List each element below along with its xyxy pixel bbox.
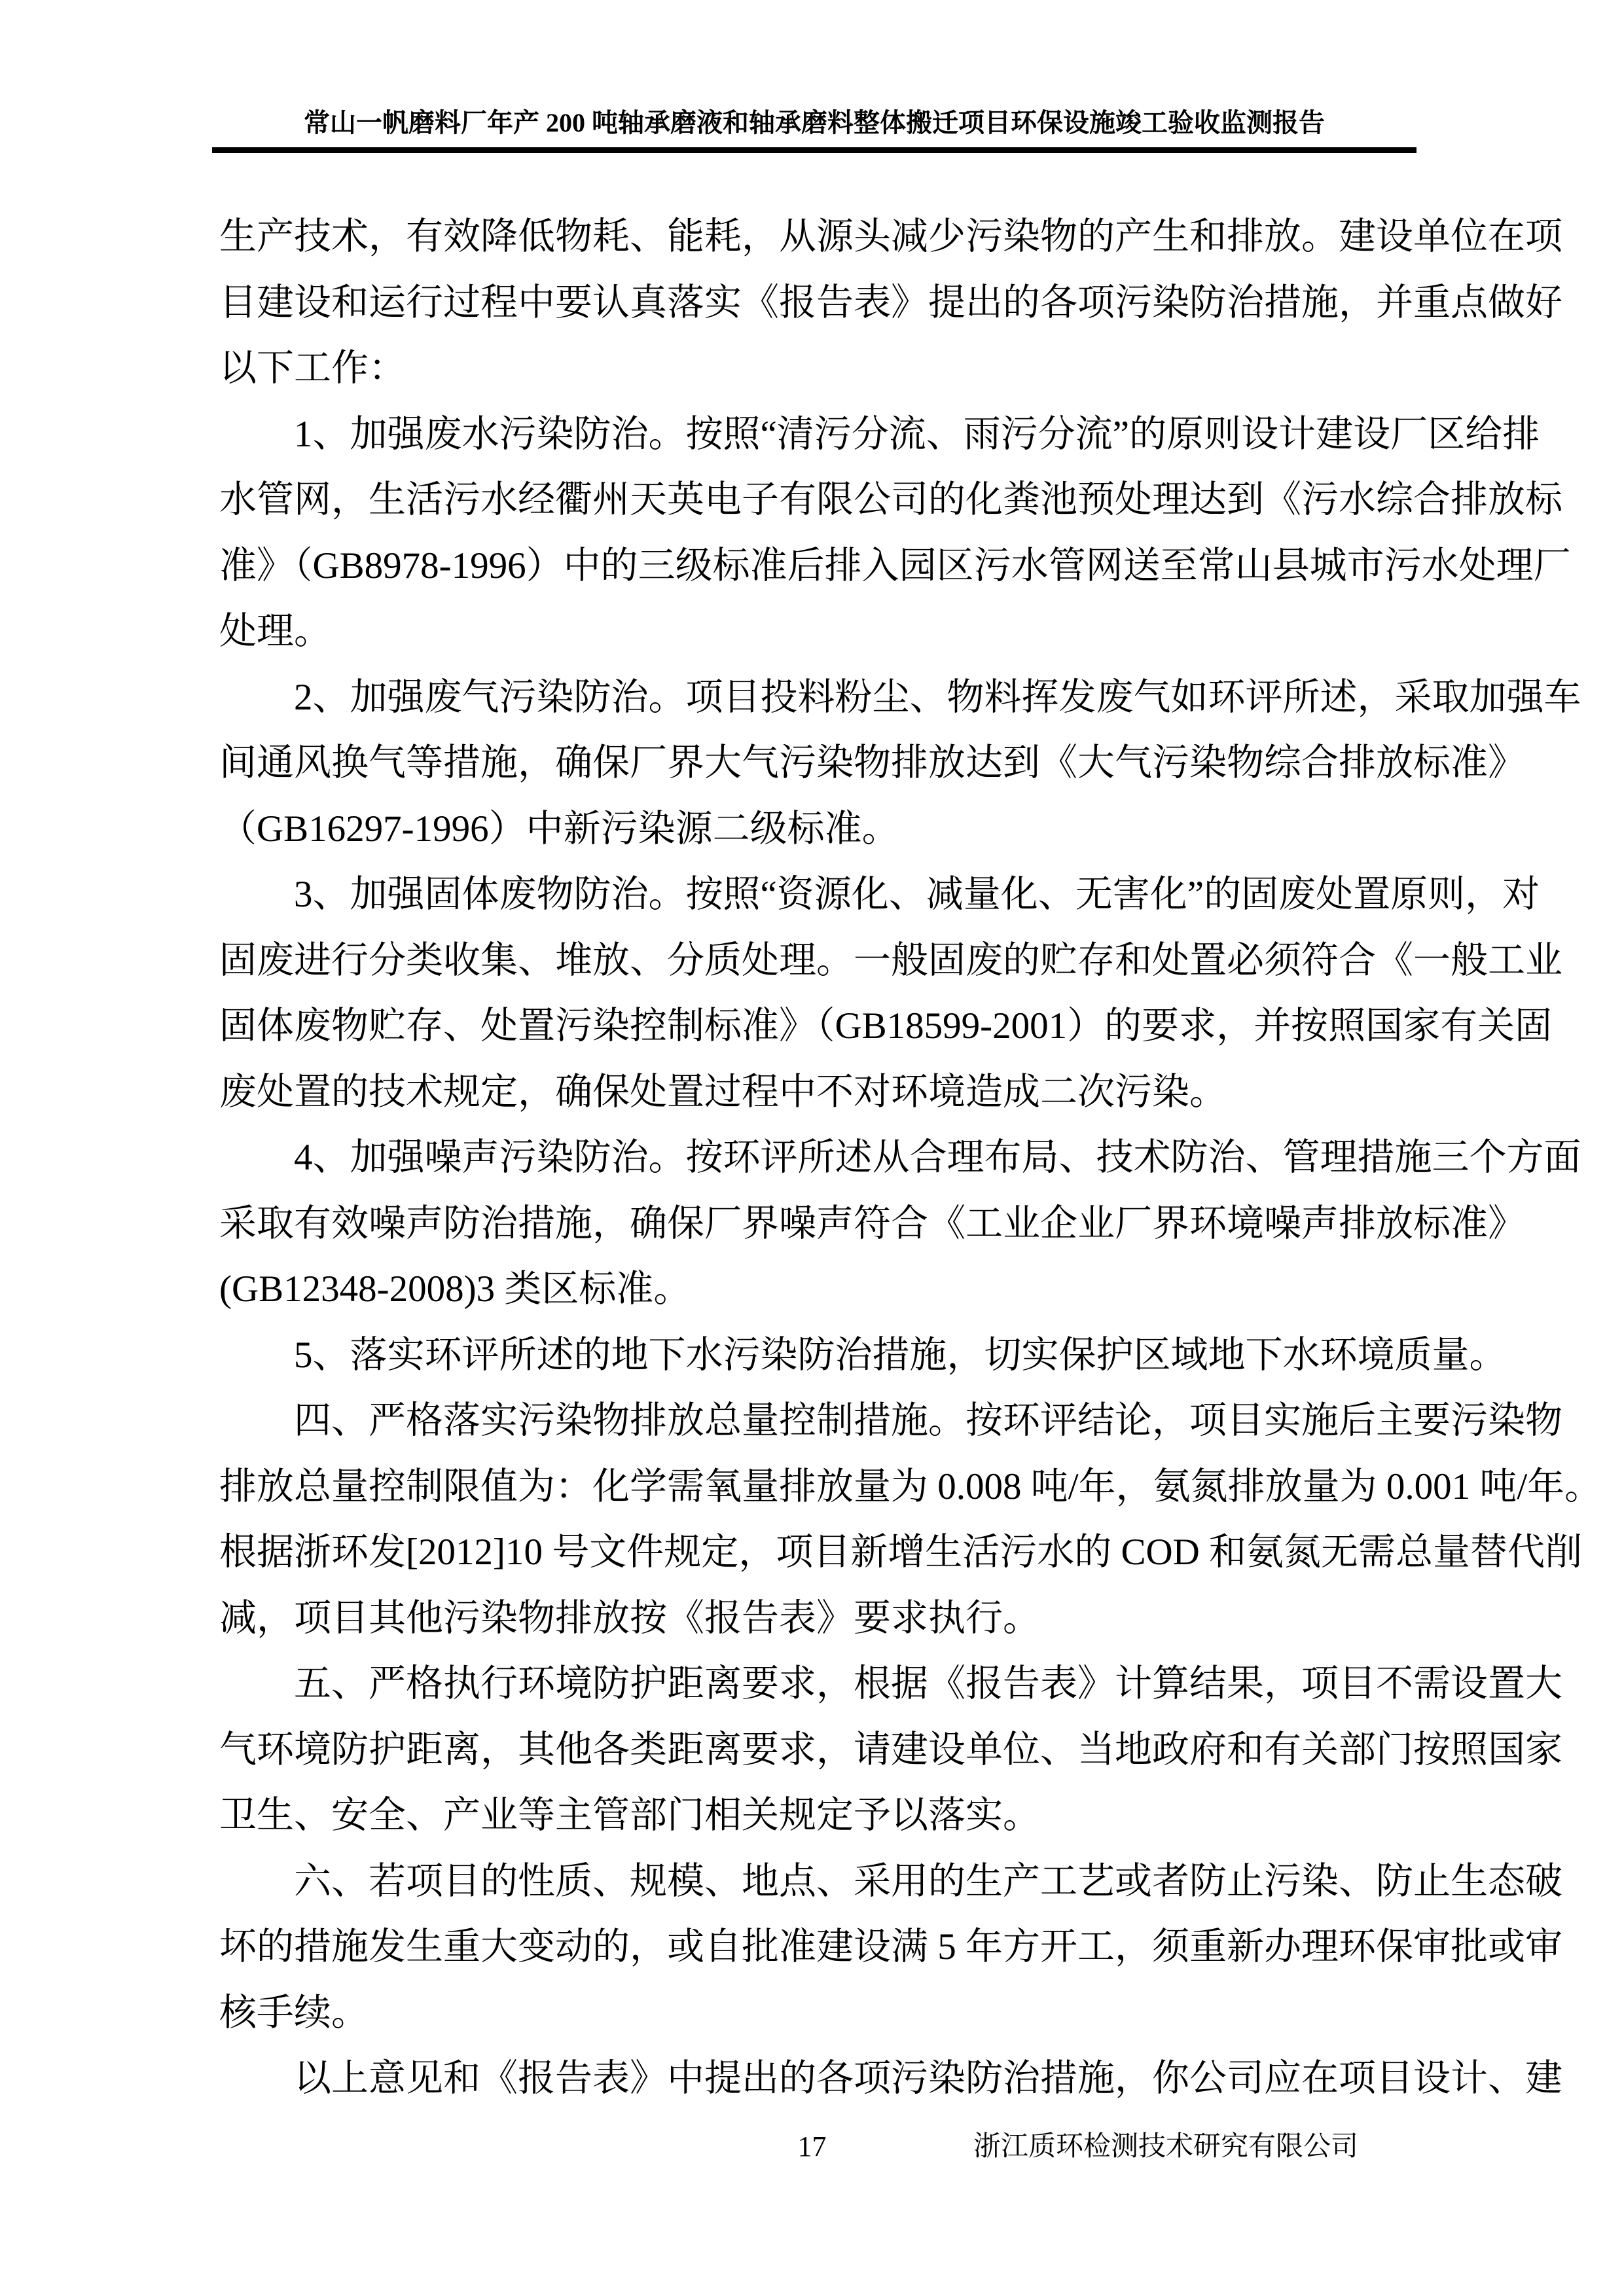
body-line: 以上意见和《报告表》中提出的各项污染防治措施，你公司应在项目设计、建 [219, 2046, 1417, 2112]
body-line: 2、加强废气污染防治。项目投料粉尘、物料挥发废气如环评所述，采取加强车 [219, 665, 1417, 731]
body-line: (GB12348-2008)3 类区标准。 [219, 1257, 1417, 1323]
body-line: 核手续。 [219, 1981, 1417, 2047]
footer-company: 浙江质环检测技术研究有限公司 [973, 2128, 1358, 2165]
body-line: 废处置的技术规定，确保处置过程中不对环境造成二次污染。 [219, 1060, 1417, 1126]
body-line: 4、加强噪声污染防治。按环评所述从合理布局、技术防治、管理措施三个方面 [219, 1125, 1417, 1191]
body-line: 5、落实环评所述的地下水污染防治措施，切实保护区域地下水环境质量。 [219, 1323, 1417, 1389]
body-line: 气环境防护距离，其他各类距离要求，请建设单位、当地政府和有关部门按照国家 [219, 1717, 1417, 1784]
body-line: 四、严格落实污染物排放总量控制措施。按环评结论，项目实施后主要污染物 [219, 1388, 1417, 1454]
body-line: 固体废物贮存、处置污染控制标准》（GB18599-2001）的要求，并按照国家有… [219, 994, 1417, 1060]
body-line: （GB16297-1996）中新污染源二级标准。 [219, 797, 1417, 863]
body-line: 六、若项目的性质、规模、地点、采用的生产工艺或者防止污染、防止生态破 [219, 1849, 1417, 1915]
page-number: 17 [0, 2128, 1624, 2165]
body-line: 3、加强固体废物防治。按照“资源化、减量化、无害化”的固废处置原则，对 [219, 862, 1417, 928]
document-page: 常山一帆磨料厂年产 200 吨轴承磨液和轴承磨料整体搬迁项目环保设施竣工验收监测… [0, 0, 1624, 2296]
header-rule [212, 147, 1416, 153]
body-line: 间通风换气等措施，确保厂界大气污染物排放达到《大气污染物综合排放标准》 [219, 730, 1417, 797]
body-line: 以下工作： [219, 336, 1417, 402]
body-line: 处理。 [219, 599, 1417, 665]
body-line: 固废进行分类收集、堆放、分质处理。一般固废的贮存和处置必须符合《一般工业 [219, 928, 1417, 994]
body-line: 采取有效噪声防治措施，确保厂界噪声符合《工业企业厂界环境噪声排放标准》 [219, 1191, 1417, 1257]
document-body: 生产技术，有效降低物耗、能耗，从源头减少污染物的产生和排放。建设单位在项 目建设… [219, 204, 1417, 2112]
body-line: 1、加强废水污染防治。按照“清污分流、雨污分流”的原则设计建设厂区给排 [219, 402, 1417, 468]
body-line: 水管网，生活污水经衢州天英电子有限公司的化粪池预处理达到《污水综合排放标 [219, 467, 1417, 533]
body-line: 生产技术，有效降低物耗、能耗，从源头减少污染物的产生和排放。建设单位在项 [219, 204, 1417, 270]
body-line: 卫生、安全、产业等主管部门相关规定予以落实。 [219, 1783, 1417, 1849]
body-line: 排放总量控制限值为：化学需氧量排放量为 0.008 吨/年，氨氮排放量为 0.0… [219, 1454, 1417, 1520]
body-line: 根据浙环发[2012]10 号文件规定，项目新增生活污水的 COD 和氨氮无需总… [219, 1520, 1417, 1586]
body-line: 减，项目其他污染物排放按《报告表》要求执行。 [219, 1586, 1417, 1652]
body-line: 坏的措施发生重大变动的，或自批准建设满 5 年方开工，须重新办理环保审批或审 [219, 1914, 1417, 1981]
body-line: 准》（GB8978-1996）中的三级标准后排入园区污水管网送至常山县城市污水处… [219, 533, 1417, 600]
page-header-title: 常山一帆磨料厂年产 200 吨轴承磨液和轴承磨料整体搬迁项目环保设施竣工验收监测… [212, 103, 1416, 143]
page-header: 常山一帆磨料厂年产 200 吨轴承磨液和轴承磨料整体搬迁项目环保设施竣工验收监测… [212, 103, 1416, 143]
body-line: 五、严格执行环境防护距离要求，根据《报告表》计算结果，项目不需设置大 [219, 1651, 1417, 1717]
body-line: 目建设和运行过程中要认真落实《报告表》提出的各项污染防治措施，并重点做好 [219, 270, 1417, 336]
